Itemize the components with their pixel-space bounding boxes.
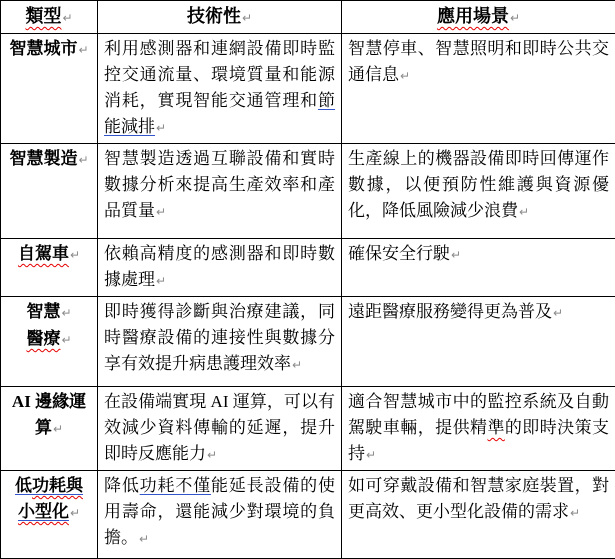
header-cell-app[interactable]: 應用場景↵	[342, 1, 615, 34]
text-segment: 遠距醫療服務變得更為普及	[348, 302, 552, 321]
paragraph: 智慧↵	[7, 299, 91, 326]
paragraph: 智慧製造透過互聯設備和實時數據分析來提高生產效率和產品質量↵	[104, 146, 335, 225]
table-row: 智慧城市↵利用感測器和連網設備即時監控交通流量、環境質量和能源消耗，實現智能交通…	[1, 34, 615, 144]
end-of-cell-marker-icon: ↵	[552, 306, 563, 320]
type-cell-row-6[interactable]: 低功耗與小型化↵	[1, 471, 98, 559]
text-segment: 自駕車	[18, 244, 69, 263]
paragraph: 低功耗與小型化↵	[7, 473, 91, 526]
text-segment: 在設備端實現 AI 運算，可以有效減少資料傳輸的延遲，提升即時反應能力	[104, 392, 335, 463]
text-segment: 小型化	[18, 502, 69, 521]
text-segment: 生產線上的機器設備即時回傳運作數據，以便預防性維護與資源優化，降低風險減少浪費	[348, 149, 609, 220]
end-of-cell-marker-icon: ↵	[206, 448, 217, 462]
paragraph: 生產線上的機器設備即時回傳運作數據，以便預防性維護與資源優化，降低風險減少浪費↵	[348, 146, 609, 225]
end-of-cell-marker-icon: ↵	[69, 506, 80, 520]
iot-applications-table: 類型↵技術性↵應用場景↵ 智慧城市↵利用感測器和連網設備即時監控交通流量、環境質…	[0, 0, 615, 559]
underlined-text: 低	[15, 476, 32, 495]
text-segment: 應用場景	[437, 6, 509, 26]
paragraph: 確保安全行駛↵	[348, 241, 609, 268]
app-cell-row-6[interactable]: 如可穿戴設備和智慧家庭裝置，對更高效、更小型化設備的需求↵	[342, 471, 615, 559]
text-segment: AI 邊緣運	[12, 392, 86, 411]
text-segment: 確保安全行駛	[348, 244, 450, 263]
tech-cell-row-2[interactable]: 智慧製造透過互聯設備和實時數據分析來提高生產效率和產品質量↵	[98, 144, 342, 239]
paragraph: 降低功耗不僅能延長設備的使用壽命，還能減少對環境的負擔。↵	[104, 473, 335, 552]
end-of-cell-marker-icon: ↵	[365, 448, 376, 462]
text-segment: 智慧製造	[9, 149, 77, 168]
app-cell-row-5[interactable]: 適合智慧城市中的監控系統及自動駕駛車輛，提供精準的即時決策支持↵	[342, 387, 615, 471]
end-of-cell-marker-icon: ↵	[450, 248, 461, 262]
end-of-cell-marker-icon: ↵	[52, 422, 63, 436]
paragraph: 類型↵	[7, 3, 91, 31]
end-of-cell-marker-icon: ↵	[399, 69, 410, 83]
underlined-text: 功耗與	[32, 476, 83, 495]
paragraph: 依賴高精度的感測器和即時數據處理↵	[104, 241, 335, 294]
end-of-cell-marker-icon: ↵	[569, 506, 580, 520]
paragraph: 智慧製造↵	[7, 146, 91, 173]
type-cell-row-4[interactable]: 智慧↵醫療↵	[1, 297, 98, 387]
table-row: 智慧↵醫療↵即時獲得診斷與治療建議，同時醫療設備的連接性與數據分享有效提升病患護…	[1, 297, 615, 387]
end-of-cell-marker-icon: ↵	[155, 274, 166, 288]
end-of-cell-marker-icon: ↵	[77, 43, 88, 57]
table-row: AI 邊緣運算↵在設備端實現 AI 運算，可以有效減少資料傳輸的延遲，提升即時反…	[1, 387, 615, 471]
end-of-cell-marker-icon: ↵	[60, 306, 71, 320]
type-cell-row-2[interactable]: 智慧製造↵	[1, 144, 98, 239]
paragraph: 智慧城市↵	[7, 36, 91, 63]
text-segment: 功耗與	[32, 476, 83, 495]
type-cell-row-3[interactable]: 自駕車↵	[1, 239, 98, 297]
type-cell-row-5[interactable]: AI 邊緣運算↵	[1, 387, 98, 471]
text-segment: 算	[35, 418, 52, 437]
text-segment: 類型	[25, 6, 61, 26]
text-segment: 智慧製造透過互聯設備和實時數據分析來提高生產效率和產品質量	[104, 149, 335, 220]
paragraph: 技術性↵	[104, 3, 335, 31]
paragraph: AI 邊緣運算↵	[7, 389, 91, 442]
paragraph: 自駕車↵	[7, 241, 91, 268]
tech-cell-row-4[interactable]: 即時獲得診斷與治療建議，同時醫療設備的連接性與數據分享有效提升病患護理效率↵	[98, 297, 342, 387]
text-segment: 準	[487, 418, 504, 437]
end-of-cell-marker-icon: ↵	[291, 358, 302, 372]
table-body: 智慧城市↵利用感測器和連網設備即時監控交通流量、環境質量和能源消耗，實現智能交通…	[1, 34, 615, 559]
text-segment: 依賴高精度的感測器和即時數據處理	[104, 244, 335, 289]
text-segment: 功耗不僅	[140, 476, 211, 495]
paragraph: 在設備端實現 AI 運算，可以有效減少資料傳輸的延遲，提升即時反應能力↵	[104, 389, 335, 468]
end-of-cell-marker-icon: ↵	[155, 121, 166, 135]
end-of-cell-marker-icon: ↵	[60, 333, 71, 347]
text-segment: 智慧城市	[9, 39, 77, 58]
end-of-cell-marker-icon: ↵	[61, 11, 72, 25]
end-of-cell-marker-icon: ↵	[518, 205, 529, 219]
text-segment: 降低	[104, 476, 140, 495]
table-row: 低功耗與小型化↵降低功耗不僅能延長設備的使用壽命，還能減少對環境的負擔。↵如可穿…	[1, 471, 615, 559]
tech-cell-row-1[interactable]: 利用感測器和連網設備即時監控交通流量、環境質量和能源消耗，實現智能交通管理和節能…	[98, 34, 342, 144]
underlined-text: 功耗不僅	[140, 476, 211, 495]
text-segment: 利用感測器和連網設備即時監控交通流量、環境質量和能源消耗，實現智能交通管理和	[104, 39, 335, 110]
header-cell-tech[interactable]: 技術性↵	[98, 1, 342, 34]
paragraph: 應用場景↵	[348, 3, 609, 31]
text-segment: 智慧停車、智慧照明和即時公共交通信息	[348, 39, 609, 84]
end-of-cell-marker-icon: ↵	[77, 153, 88, 167]
app-cell-row-1[interactable]: 智慧停車、智慧照明和即時公共交通信息↵	[342, 34, 615, 144]
end-of-cell-marker-icon: ↵	[138, 532, 149, 546]
text-segment: 智慧	[26, 302, 60, 321]
app-cell-row-3[interactable]: 確保安全行駛↵	[342, 239, 615, 297]
app-cell-row-2[interactable]: 生產線上的機器設備即時回傳運作數據，以便預防性維護與資源優化，降低風險減少浪費↵	[342, 144, 615, 239]
table-row: 自駕車↵依賴高精度的感測器和即時數據處理↵確保安全行駛↵	[1, 239, 615, 297]
end-of-cell-marker-icon: ↵	[509, 11, 520, 25]
tech-cell-row-6[interactable]: 降低功耗不僅能延長設備的使用壽命，還能減少對環境的負擔。↵	[98, 471, 342, 559]
text-segment: 醫療	[26, 329, 60, 348]
end-of-cell-marker-icon: ↵	[69, 248, 80, 262]
type-cell-row-1[interactable]: 智慧城市↵	[1, 34, 98, 144]
text-segment: 技術性	[187, 6, 241, 26]
end-of-cell-marker-icon: ↵	[241, 11, 252, 25]
text-segment: 低	[15, 476, 32, 495]
paragraph: 即時獲得診斷與治療建議，同時醫療設備的連接性與數據分享有效提升病患護理效率↵	[104, 299, 335, 378]
app-cell-row-4[interactable]: 遠距醫療服務變得更為普及↵	[342, 297, 615, 387]
paragraph: 智慧停車、智慧照明和即時公共交通信息↵	[348, 36, 609, 89]
tech-cell-row-3[interactable]: 依賴高精度的感測器和即時數據處理↵	[98, 239, 342, 297]
end-of-cell-marker-icon: ↵	[155, 205, 166, 219]
paragraph: 適合智慧城市中的監控系統及自動駕駛車輛，提供精準的即時決策支持↵	[348, 389, 609, 468]
header-row: 類型↵技術性↵應用場景↵	[1, 1, 615, 34]
document-page: 類型↵技術性↵應用場景↵ 智慧城市↵利用感測器和連網設備即時監控交通流量、環境質…	[0, 0, 615, 548]
paragraph: 醫療↵	[7, 326, 91, 353]
tech-cell-row-5[interactable]: 在設備端實現 AI 運算，可以有效減少資料傳輸的延遲，提升即時反應能力↵	[98, 387, 342, 471]
paragraph: 如可穿戴設備和智慧家庭裝置，對更高效、更小型化設備的需求↵	[348, 473, 609, 526]
header-cell-type[interactable]: 類型↵	[1, 1, 98, 34]
table-header: 類型↵技術性↵應用場景↵	[1, 1, 615, 34]
table-row: 智慧製造↵智慧製造透過互聯設備和實時數據分析來提高生產效率和產品質量↵生產線上的…	[1, 144, 615, 239]
paragraph: 遠距醫療服務變得更為普及↵	[348, 299, 609, 326]
paragraph: 利用感測器和連網設備即時監控交通流量、環境質量和能源消耗，實現智能交通管理和節能…	[104, 36, 335, 141]
underlined-text: 小型化	[18, 502, 69, 521]
